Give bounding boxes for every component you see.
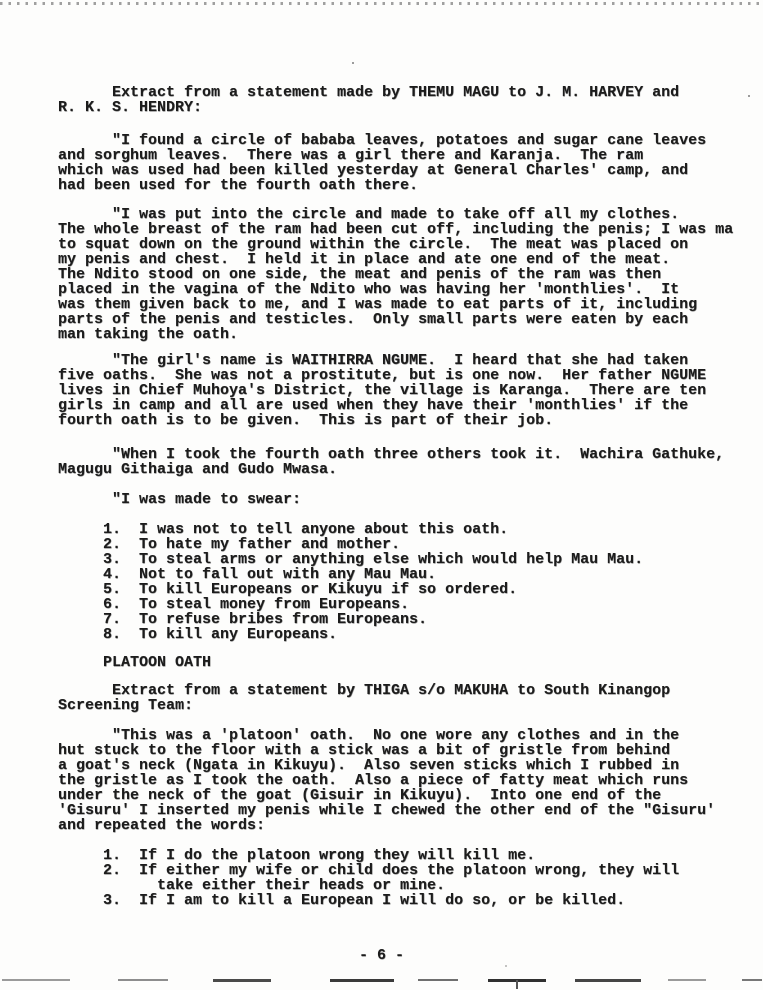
page-number: - 6 - (0, 948, 763, 963)
statement-paragraph: "I found a circle of bababa leaves, pota… (58, 133, 755, 193)
statement-paragraph: "I was put into the circle and made to t… (58, 207, 755, 342)
statement-attribution: Extract from a statement by THIGA s/o MA… (58, 683, 755, 713)
numbered-oath-list: 1. I was not to tell anyone about this o… (58, 522, 755, 642)
scan-line-segment (213, 979, 271, 982)
scan-edge-dots-top (0, 2, 763, 5)
scan-line-tick (516, 980, 518, 989)
swear-intro-line: "I was made to swear: (58, 492, 755, 507)
scan-line-segment (418, 979, 458, 981)
scan-line-segment (575, 979, 641, 982)
scan-line-segment (2, 979, 70, 981)
statement-paragraph: "The girl's name is WAITHIRRA NGUME. I h… (58, 353, 755, 428)
statement-attribution: Extract from a statement made by THEMU M… (58, 85, 755, 115)
document-content: Extract from a statement made by THEMU M… (58, 85, 755, 963)
scan-speck (505, 965, 507, 967)
scan-edge-line-bottom (0, 979, 763, 990)
statement-paragraph: "When I took the fourth oath three other… (58, 447, 755, 477)
scanned-document-page: Extract from a statement made by THEMU M… (0, 0, 763, 990)
statement-paragraph: "This was a 'platoon' oath. No one wore … (58, 728, 755, 833)
scan-line-segment (330, 979, 394, 982)
scan-line-segment (668, 979, 706, 981)
scan-line-segment (118, 979, 168, 981)
scan-speck (352, 62, 354, 64)
scan-line-segment (742, 979, 762, 981)
section-heading: PLATOON OATH (58, 655, 755, 670)
numbered-oath-list: 1. If I do the platoon wrong they will k… (58, 848, 755, 908)
